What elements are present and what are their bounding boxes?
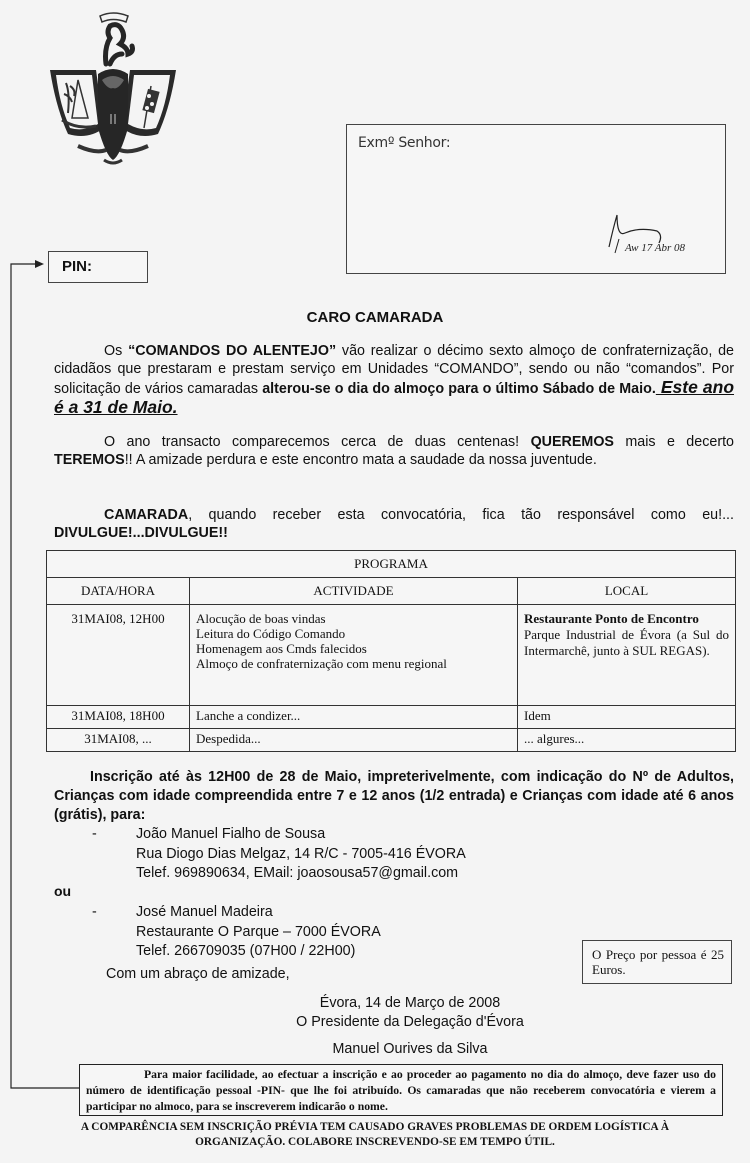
- contact-address: Restaurante O Parque – 7000 ÉVORA: [106, 923, 381, 943]
- activity-item: Lanche a condizer...: [196, 708, 511, 723]
- page-title: CARO CAMARADA: [0, 309, 750, 326]
- recipient-address-box: Exmº Senhor: Aw 17 Abr 08: [346, 124, 726, 274]
- pin-note-box: Para maior facilidade, ao efectuar a ins…: [79, 1064, 723, 1116]
- logistics-warning: A COMPARÊNCIA SEM INSCRIÇÃO PRÉVIA TEM C…: [0, 1120, 750, 1150]
- activity-item: Homenagem aos Cmds falecidos: [196, 641, 511, 656]
- activity-item: Leitura do Código Comando: [196, 626, 511, 641]
- activity-item: Almoço de confraternização com menu regi…: [196, 656, 511, 671]
- contact-2: - José Manuel Madeira Restaurante O Parq…: [106, 903, 381, 962]
- signer-title: O Presidente da Delegação d'Évora: [35, 1014, 750, 1030]
- coat-of-arms-emblem-icon: [48, 8, 178, 168]
- price-note: O Preço por pessoa é 25 Euros.: [592, 947, 724, 977]
- table-row: 31MAI08, ...Despedida...... algures...: [47, 729, 736, 752]
- cell-activity: Alocução de boas vindasLeitura do Código…: [190, 605, 518, 706]
- cell-location: Idem: [518, 706, 736, 729]
- pin-note-text: Para maior facilidade, ao efectuar a ins…: [86, 1067, 716, 1115]
- cell-activity: Lanche a condizer...: [190, 706, 518, 729]
- attendance-paragraph: O ano transacto comparecemos cerca de du…: [54, 433, 734, 469]
- location-description: ... algures...: [524, 731, 729, 747]
- contact-address: Rua Diogo Dias Melgaz, 14 R/C - 7005-416…: [106, 845, 466, 865]
- divulgue-paragraph: CAMARADA, quando receber esta convocatór…: [54, 506, 734, 542]
- contact-1: - João Manuel Fialho de Sousa Rua Diogo …: [106, 825, 466, 884]
- column-header-date: DATA/HORA: [47, 578, 190, 605]
- program-title: PROGRAMA: [47, 551, 736, 578]
- cell-date: 31MAI08, 12H00: [47, 605, 190, 706]
- cell-date: 31MAI08, 18H00: [47, 706, 190, 729]
- handwritten-signature-icon: Aw 17 Abr 08: [595, 209, 715, 259]
- registration-instructions: Inscrição até às 12H00 de 28 de Maio, im…: [54, 768, 734, 825]
- table-row: 31MAI08, 18H00Lanche a condizer...Idem: [47, 706, 736, 729]
- column-header-location: LOCAL: [518, 578, 736, 605]
- column-header-activity: ACTIVIDADE: [190, 578, 518, 605]
- or-label: ou: [54, 883, 71, 899]
- address-label: Exmº Senhor:: [358, 135, 450, 151]
- contact-phone-email: Telef. 969890634, EMail: joaosousa57@gma…: [106, 864, 466, 884]
- intro-paragraph: Os “COMANDOS DO ALENTEJO” vão realizar o…: [54, 342, 734, 418]
- org-name: “COMANDOS DO ALENTEJO”: [128, 343, 336, 359]
- closing-salutation: Com um abraço de amizade,: [106, 966, 290, 982]
- pin-box: PIN:: [48, 251, 148, 283]
- location-description: Idem: [524, 708, 729, 724]
- place-date: Évora, 14 de Março de 2008: [35, 995, 750, 1011]
- date-change-notice: alterou-se o dia do almoço para o último…: [262, 381, 656, 397]
- pin-label: PIN:: [62, 258, 92, 275]
- location-title: Restaurante Ponto de Encontro: [524, 611, 729, 627]
- svg-text:Aw 17 Abr 08: Aw 17 Abr 08: [624, 242, 686, 254]
- cell-location: Restaurante Ponto de EncontroParque Indu…: [518, 605, 736, 706]
- table-row: 31MAI08, 12H00Alocução de boas vindasLei…: [47, 605, 736, 706]
- contact-name: João Manuel Fialho de Sousa: [106, 825, 466, 845]
- location-description: Parque Industrial de Évora (a Sul do Int…: [524, 627, 729, 659]
- activity-item: Alocução de boas vindas: [196, 611, 511, 626]
- signer-name: Manuel Ourives da Silva: [35, 1041, 750, 1057]
- cell-location: ... algures...: [518, 729, 736, 752]
- activity-item: Despedida...: [196, 731, 511, 746]
- cell-activity: Despedida...: [190, 729, 518, 752]
- price-box: O Preço por pessoa é 25 Euros.: [582, 940, 732, 984]
- contact-name: José Manuel Madeira: [106, 903, 381, 923]
- cell-date: 31MAI08, ...: [47, 729, 190, 752]
- contact-phone: Telef. 266709035 (07H00 / 22H00): [106, 942, 381, 962]
- program-table: PROGRAMA DATA/HORA ACTIVIDADE LOCAL 31MA…: [46, 550, 736, 752]
